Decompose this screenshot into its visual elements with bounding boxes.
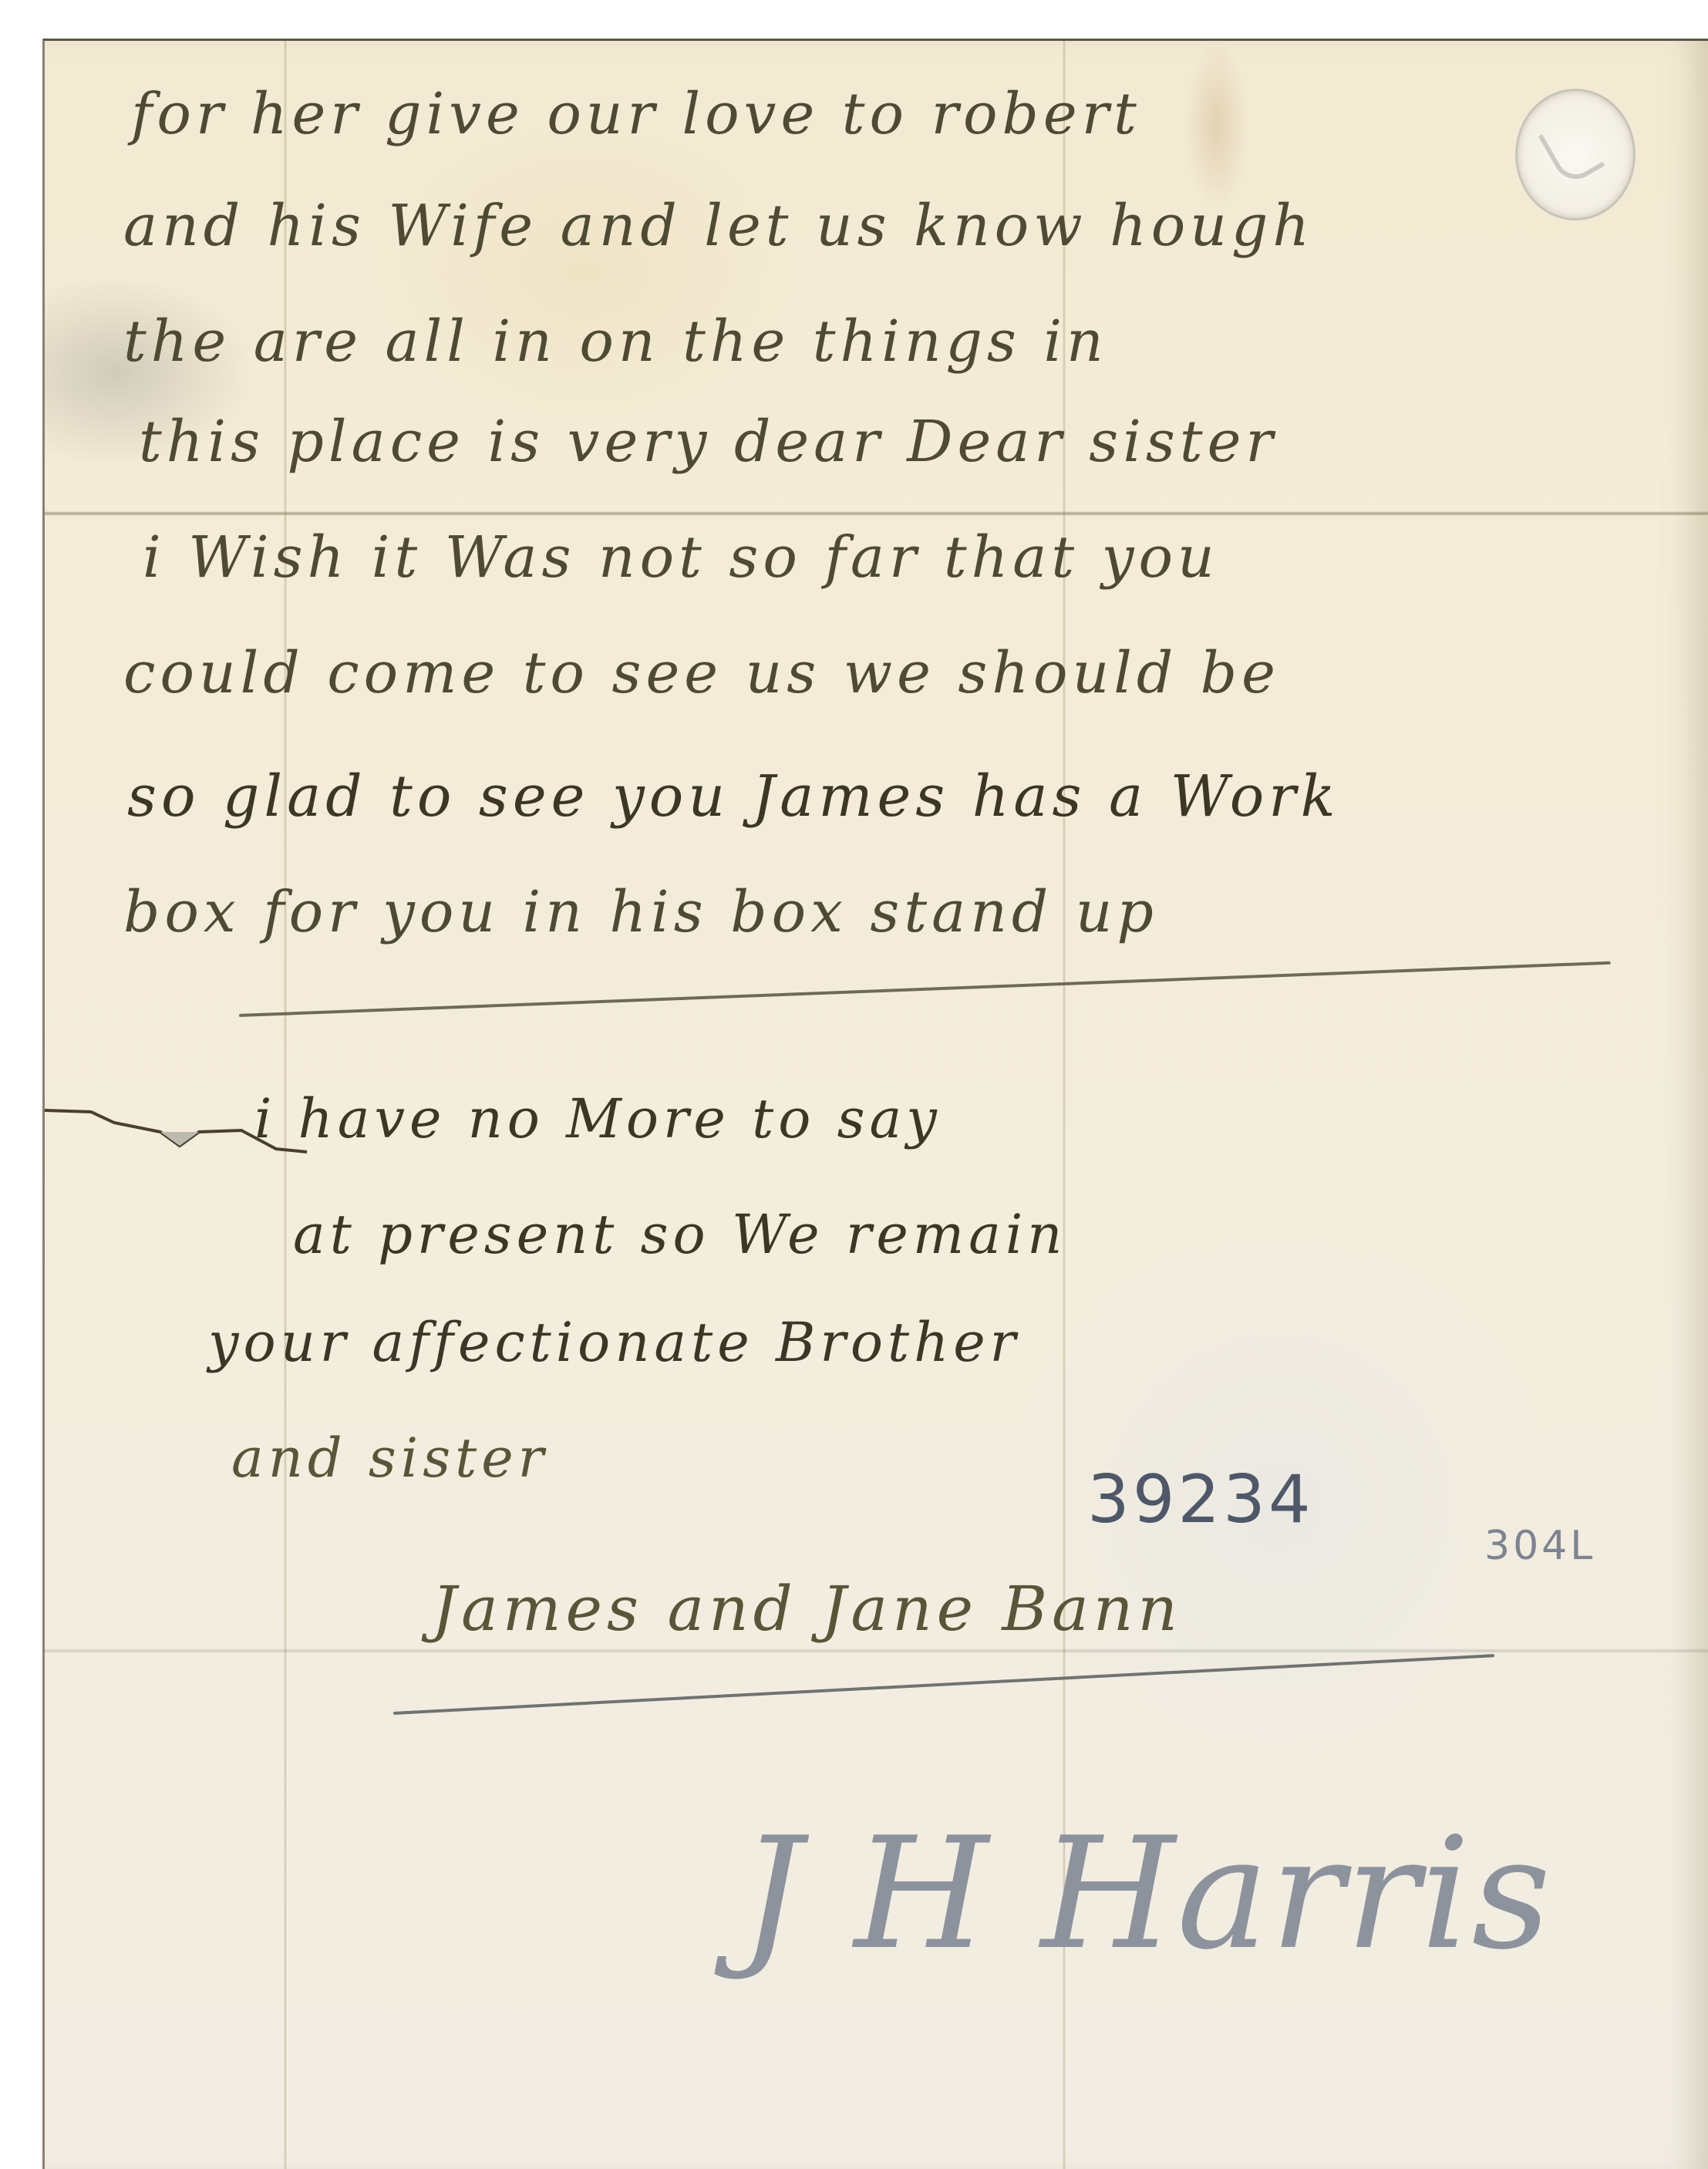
closing-line: and sister <box>231 1426 548 1490</box>
letter-line: this place is very dear Dear sister <box>139 409 1278 475</box>
closing-line: your affectionate Brother <box>208 1311 1020 1374</box>
letter-line: box for you in his box stand up <box>123 879 1158 945</box>
letter-line: the are all in on the things in <box>123 308 1108 375</box>
fold-line-horizontal <box>45 1649 1708 1653</box>
archive-number: 39234 <box>1087 1461 1314 1538</box>
closing-line: i have no More to say <box>254 1087 942 1150</box>
closing-line: at present so We remain <box>293 1203 1066 1266</box>
signature: James and Jane Bann <box>432 1573 1182 1645</box>
pencil-signature: J H Harris <box>740 1804 1552 1984</box>
letter-line: could come to see us we should be <box>123 640 1280 706</box>
fold-line-horizontal <box>45 511 1708 516</box>
letter-line: i Wish it Was not so far that you <box>143 524 1219 591</box>
letter-line: so glad to see you James has a Work <box>127 763 1340 830</box>
embossed-seal-icon <box>1515 89 1636 221</box>
archive-code: 304L <box>1484 1523 1595 1569</box>
letter-line: and his Wife and let us know hough <box>123 193 1314 259</box>
letter-line: for her give our love to robert <box>131 81 1141 147</box>
